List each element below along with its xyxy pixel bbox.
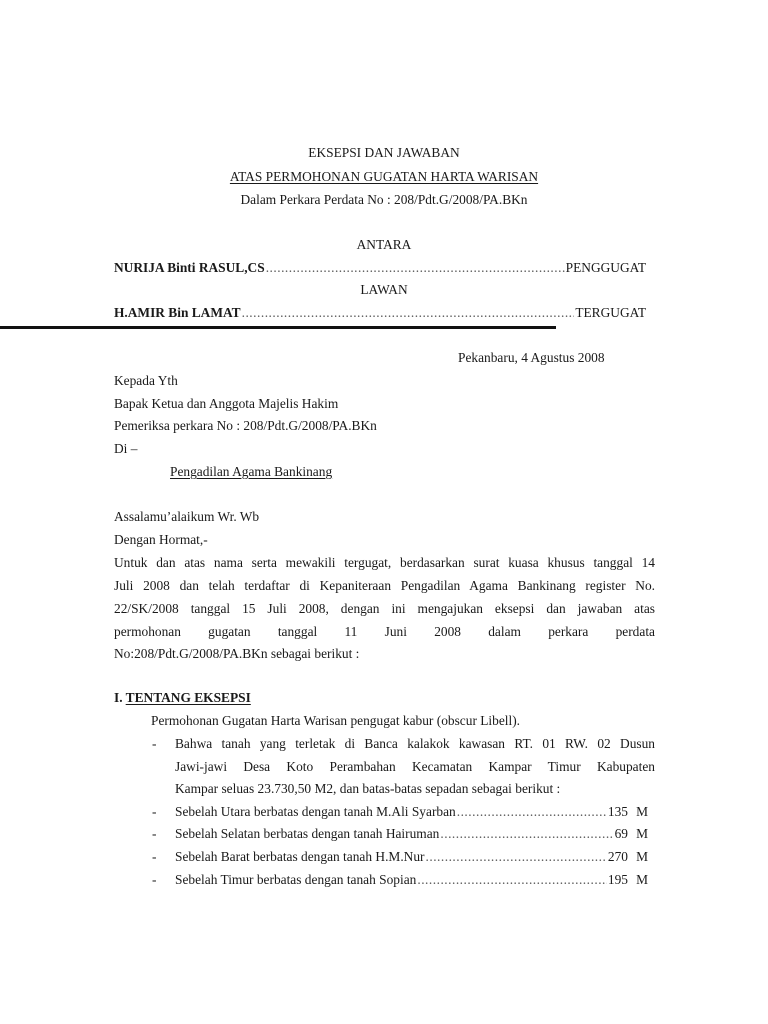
intro-paragraph-line: No:208/Pdt.G/2008/PA.BKn sebagai berikut… — [114, 646, 655, 662]
bullet-marker: - — [152, 826, 156, 842]
case-number-line: Dalam Perkara Perdata No : 208/Pdt.G/200… — [0, 192, 768, 208]
recipient-line: Bapak Ketua dan Anggota Majelis Hakim — [114, 396, 338, 412]
recipient-line: Kepada Yth — [114, 373, 178, 389]
dot-leader — [440, 826, 613, 842]
intro-paragraph-line: 22/SK/2008 tanggal 15 Juli 2008, dengan … — [114, 601, 655, 617]
defendant-role: TERGUGAT — [575, 305, 646, 321]
border-item-south: Sebelah Selatan berbatas dengan tanah Ha… — [175, 826, 648, 842]
border-item-west: Sebelah Barat berbatas dengan tanah H.M.… — [175, 849, 648, 865]
intro-paragraph-line: permohonan gugatan tanggal 11 Juni 2008 … — [114, 624, 655, 640]
section-number: I. — [114, 690, 123, 705]
dot-leader — [457, 804, 607, 820]
document-title: EKSEPSI DAN JAWABAN — [0, 145, 768, 161]
section-lead: Permohonan Gugatan Harta Warisan penguga… — [151, 713, 520, 729]
dot-leader — [242, 305, 575, 321]
border-description: Sebelah Barat berbatas dengan tanah H.M.… — [175, 849, 425, 865]
defendant-name: H.AMIR Bin LAMAT — [114, 305, 241, 321]
border-item-east: Sebelah Timur berbatas dengan tanah Sopi… — [175, 872, 648, 888]
border-unit: M — [632, 849, 648, 865]
plaintiff-name: NURIJA Binti RASUL,CS — [114, 260, 265, 276]
border-description: Sebelah Utara berbatas dengan tanah M.Al… — [175, 804, 456, 820]
border-length: 69 — [615, 826, 628, 842]
bullet-line: Kampar seluas 23.730,50 M2, dan batas-ba… — [175, 781, 655, 797]
border-unit: M — [632, 826, 648, 842]
bullet-line: Jawi-jawi Desa Koto Perambahan Kecamatan… — [175, 759, 655, 775]
bullet-marker: - — [152, 804, 156, 820]
document-subtitle: ATAS PERMOHONAN GUGATAN HARTA WARISAN — [230, 169, 538, 184]
border-description: Sebelah Selatan berbatas dengan tanah Ha… — [175, 826, 439, 842]
header-divider — [0, 326, 556, 329]
between-label: ANTARA — [0, 237, 768, 253]
plaintiff-role: PENGGUGAT — [566, 260, 646, 276]
bullet-marker: - — [152, 872, 156, 888]
place-date: Pekanbaru, 4 Agustus 2008 — [458, 350, 605, 366]
bullet-marker: - — [152, 736, 156, 752]
border-unit: M — [632, 804, 648, 820]
dot-leader — [417, 872, 607, 888]
border-item-north: Sebelah Utara berbatas dengan tanah M.Al… — [175, 804, 648, 820]
recipient-line: Di – — [114, 441, 137, 457]
document-page: EKSEPSI DAN JAWABAN ATAS PERMOHONAN GUGA… — [0, 0, 768, 1024]
bullet-line: Bahwa tanah yang terletak di Banca kalak… — [175, 736, 655, 752]
defendant-row: H.AMIR Bin LAMAT TERGUGAT — [114, 305, 646, 321]
section-heading: I. TENTANG EKSEPSI — [114, 690, 251, 706]
recipient-line: Pemeriksa perkara No : 208/Pdt.G/2008/PA… — [114, 418, 377, 434]
border-length: 135 — [608, 804, 628, 820]
intro-paragraph-line: Untuk dan atas nama serta mewakili tergu… — [114, 555, 655, 571]
greeting: Assalamu’alaikum Wr. Wb — [114, 509, 259, 525]
border-description: Sebelah Timur berbatas dengan tanah Sopi… — [175, 872, 416, 888]
recipient-court: Pengadilan Agama Bankinang — [170, 464, 332, 480]
plaintiff-row: NURIJA Binti RASUL,CS PENGGUGAT — [114, 260, 646, 276]
section-title: TENTANG EKSEPSI — [126, 690, 251, 705]
intro-paragraph-line: Juli 2008 dan telah terdaftar di Kepanit… — [114, 578, 655, 594]
dot-leader — [266, 260, 565, 276]
border-length: 195 — [608, 872, 628, 888]
versus-label: LAWAN — [0, 282, 768, 298]
bullet-marker: - — [152, 849, 156, 865]
salutation: Dengan Hormat,- — [114, 532, 208, 548]
border-length: 270 — [608, 849, 628, 865]
border-unit: M — [632, 872, 648, 888]
dot-leader — [426, 849, 607, 865]
